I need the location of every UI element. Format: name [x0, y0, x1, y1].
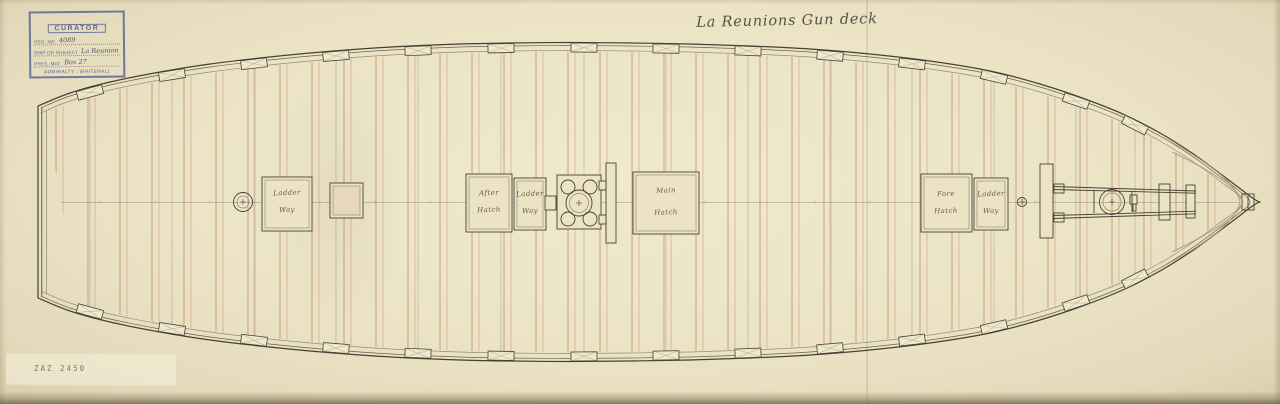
sheet-bitts — [606, 163, 616, 243]
mizzen-mast — [234, 193, 253, 212]
gunport — [158, 322, 185, 335]
aft-scuttle-hatch — [330, 183, 363, 218]
bitt-block — [545, 196, 556, 210]
gunport — [405, 348, 431, 358]
gunport — [817, 50, 844, 61]
gunport — [405, 46, 431, 56]
stamp-curator-label: CURATOR — [47, 24, 106, 34]
scan-edge — [0, 0, 1280, 4]
label-aft-ladderway: Ladder Way — [273, 190, 301, 214]
cleat — [1130, 195, 1137, 204]
riding-bitts — [1040, 164, 1053, 238]
scan-edge — [1273, 0, 1280, 404]
label-after-hatch: After Hatch — [477, 190, 501, 214]
gunport — [653, 44, 679, 53]
ship-plan-scan: CURATOR Reg. No. 4089 Ship or Subject La… — [0, 0, 1280, 404]
label-fore-ladderway: Ladder Way — [977, 191, 1005, 215]
label-main-hatch: Main Hatch — [654, 188, 678, 217]
bowsprit-heel-chock — [1054, 213, 1064, 222]
gunport — [571, 43, 597, 52]
stamp-reg-value: 4089 — [59, 36, 76, 44]
fore-scuttle — [1018, 198, 1027, 207]
gunport — [653, 351, 679, 360]
curator-stamp: CURATOR Reg. No. 4089 Ship or Subject La… — [29, 10, 126, 78]
stamp-reg-label: Reg. No. — [34, 39, 56, 44]
bowsprit-end-piece — [1186, 185, 1195, 218]
catalog-number: ZAZ 2450 — [34, 364, 86, 373]
stamp-pres-value: Box 27 — [64, 58, 87, 67]
gunport — [158, 69, 185, 82]
gunport — [735, 46, 761, 56]
sheet-bitts-tab — [599, 215, 606, 224]
stamp-pres-label: Pres. Mat. — [34, 61, 61, 66]
stamp-subject-label: Ship or Subject — [34, 50, 78, 55]
gunport — [488, 351, 514, 360]
gunport — [323, 343, 350, 354]
scan-edge — [0, 391, 1280, 404]
gunport — [817, 343, 844, 354]
gunport — [323, 50, 350, 61]
gunport — [571, 352, 597, 361]
label-mid-ladderway: Ladder Way — [516, 191, 544, 215]
catalog-label-patch — [6, 354, 176, 386]
stamp-subject-value: La Reunion — [81, 46, 119, 55]
gunport — [488, 43, 514, 52]
bowsprit-heel-chock — [1054, 184, 1064, 193]
stamp-footer: ADMIRALTY : WHITEHALL — [34, 70, 120, 76]
label-fore-hatch: Fore Hatch — [934, 191, 958, 215]
fore-mast — [1100, 190, 1125, 215]
gun-deck-plan-drawing — [0, 0, 1280, 404]
cleat — [1133, 204, 1136, 211]
scan-edge — [0, 0, 6, 404]
sheet-bitts-tab — [599, 181, 606, 190]
gunport — [735, 348, 761, 358]
